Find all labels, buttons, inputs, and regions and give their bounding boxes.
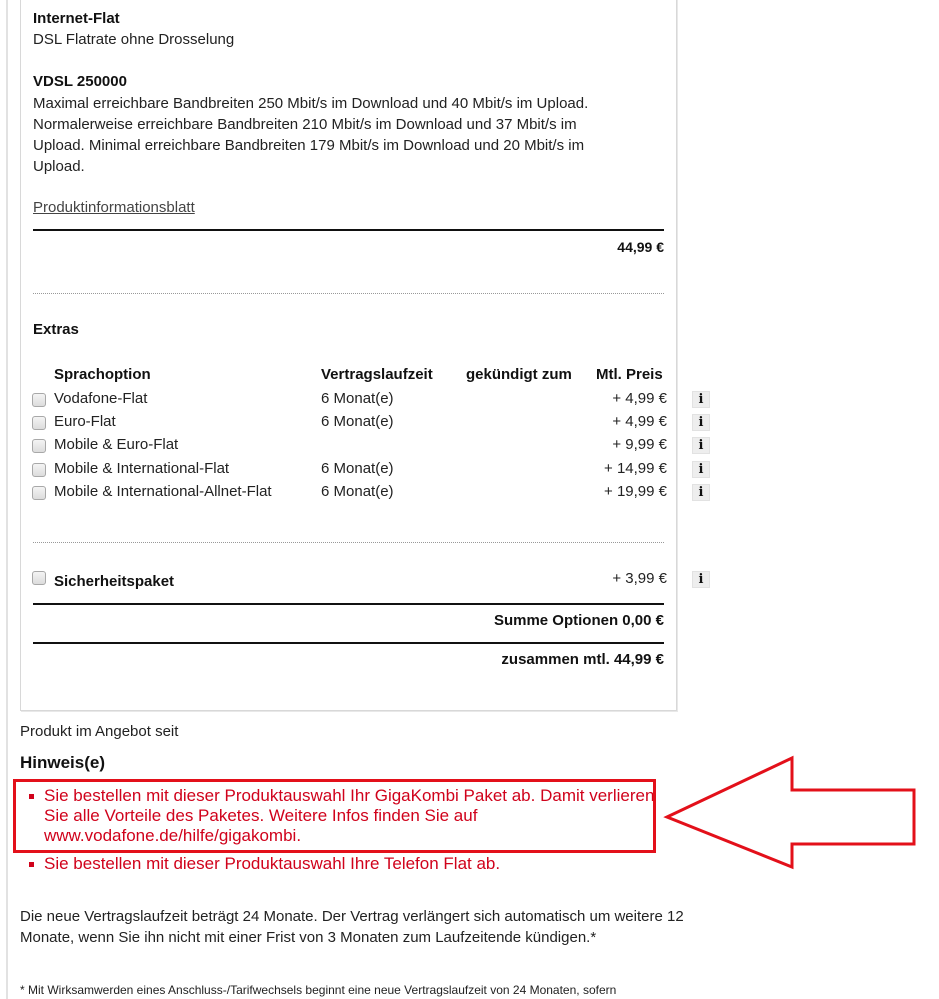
option-price: + 4,99 € [530,390,667,407]
option-term: 6 Monat(e) [321,483,394,500]
option-name: Mobile & International-Flat [54,460,229,477]
checkbox[interactable] [32,463,46,477]
option-term: 6 Monat(e) [321,413,394,430]
divider [33,229,664,231]
product-price: 44,99 € [33,239,664,255]
dotted-divider [33,542,664,543]
info-icon[interactable]: i [692,391,710,408]
product-title: Internet-Flat [33,10,120,27]
info-icon[interactable]: i [692,414,710,431]
info-icon[interactable]: i [692,571,710,588]
product-info-link[interactable]: Produktinformationsblatt [33,199,195,216]
annotation-highlight-box [13,779,656,853]
divider [33,603,664,605]
extras-heading: Extras [33,321,79,338]
option-name: Mobile & International-Allnet-Flat [54,483,272,500]
divider [33,642,664,644]
footnote: * Mit Wirksamwerden eines Anschluss-/Tar… [20,983,616,997]
annotation-arrow-icon [660,755,920,870]
monthly-total: zusammen mtl. 44,99 € [33,651,664,668]
option-term: 6 Monat(e) [321,390,394,407]
option-name: Mobile & Euro-Flat [54,436,178,453]
column-header-term: Vertragslaufzeit [321,366,433,383]
info-icon[interactable]: i [692,484,710,501]
option-row-vodafone-flat: Vodafone-Flat 6 Monat(e) + 4,99 € i [30,390,720,413]
option-price: + 9,99 € [530,436,667,453]
info-icon[interactable]: i [692,437,710,454]
speed-title: VDSL 250000 [33,73,127,90]
option-row-mobile-euro-flat: Mobile & Euro-Flat + 9,99 € i [30,436,720,459]
column-header-option: Sprachoption [54,366,151,383]
options-sum: Summe Optionen 0,00 € [33,612,664,629]
column-header-cancelled: gekündigt zum [466,366,572,383]
page-left-border [6,0,8,999]
option-name: Euro-Flat [54,413,116,430]
info-icon[interactable]: i [692,461,710,478]
option-name: Vodafone-Flat [54,390,147,407]
option-row-euro-flat: Euro-Flat 6 Monat(e) + 4,99 € i [30,413,720,436]
option-row-mobile-international-allnet-flat: Mobile & International-Allnet-Flat 6 Mon… [30,483,720,506]
checkbox[interactable] [32,393,46,407]
option-price: + 4,99 € [530,413,667,430]
checkbox[interactable] [32,571,46,585]
option-term: 6 Monat(e) [321,460,394,477]
dotted-divider [33,293,664,294]
option-row-mobile-international-flat: Mobile & International-Flat 6 Monat(e) +… [30,460,720,483]
column-header-price: Mtl. Preis [596,366,663,383]
security-package-name: Sicherheitspaket [54,573,174,590]
checkbox[interactable] [32,416,46,430]
speed-description: Maximal erreichbare Bandbreiten 250 Mbit… [33,93,613,177]
product-subtitle: DSL Flatrate ohne Drosselung [33,31,234,48]
checkbox[interactable] [32,439,46,453]
security-package-row: Sicherheitspaket + 3,99 € i [30,570,720,593]
contract-term-text: Die neue Vertragslaufzeit beträgt 24 Mon… [20,906,700,948]
offer-since-label: Produkt im Angebot seit [20,723,178,740]
option-price: + 14,99 € [530,460,667,477]
notes-heading: Hinweis(e) [20,753,105,773]
checkbox[interactable] [32,486,46,500]
option-price: + 19,99 € [530,483,667,500]
security-package-price: + 3,99 € [530,570,667,587]
note-item-telefon-flat: Sie bestellen mit dieser Produktauswahl … [24,854,664,874]
